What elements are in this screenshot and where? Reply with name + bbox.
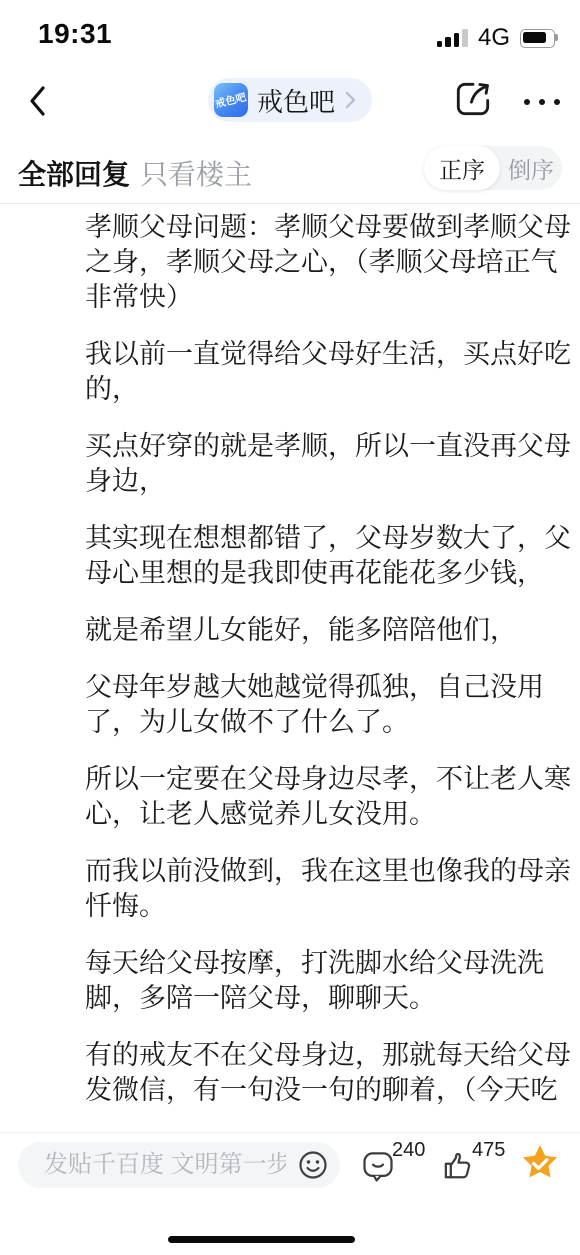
sort-ascending-button[interactable]: 正序 [424, 146, 500, 190]
comment-bubble-icon [360, 1148, 396, 1184]
status-bar: 19:31 4G [0, 0, 580, 58]
home-indicator[interactable] [168, 1236, 355, 1243]
share-button[interactable] [452, 78, 494, 125]
reply-toolbar: 全部回复 只看楼主 正序 倒序 [0, 138, 580, 203]
post-paragraph: 我以前一直觉得给父母好生活，买点好吃的， [85, 337, 571, 407]
post-paragraph: 而我以前没做到，我在这里也像我的母亲忏悔。 [85, 854, 571, 924]
back-chevron-icon [26, 84, 50, 118]
network-type-label: 4G [478, 24, 510, 52]
post-body: 孝顺父母问题：孝顺父母要做到孝顺父母之身，孝顺父母之心，（孝顺父母培正气非常快）… [0, 204, 580, 1132]
like-count: 475 [472, 1139, 505, 1162]
thumbs-up-icon [440, 1148, 476, 1184]
post-paragraph: 所以一定要在父母身边尽孝，不让老人寒心，让老人感觉养儿女没用。 [85, 762, 571, 832]
post-paragraph: 孝顺父母问题：孝顺父母要做到孝顺父母之身，孝顺父母之心，（孝顺父母培正气非常快） [85, 210, 571, 315]
sort-segmented-control: 正序 倒序 [424, 146, 562, 190]
cellular-signal-icon [437, 29, 468, 47]
tieba-thread-page: 19:31 4G 戒色吧 戒色吧 [0, 0, 580, 1255]
tab-all-replies[interactable]: 全部回复 [18, 153, 130, 193]
tab-op-only[interactable]: 只看楼主 [140, 153, 252, 193]
post-paragraph: 每天给父母按摩，打洗脚水给父母洗洗脚，多陪一陪父母，聊聊天。 [85, 946, 571, 1016]
reply-input[interactable] [18, 1142, 340, 1188]
status-time: 19:31 [38, 18, 112, 50]
post-paragraph: 买点好穿的就是孝顺，所以一直没再父母身边， [85, 429, 571, 499]
reply-input-wrap [18, 1142, 340, 1188]
post-paragraph: 就是希望儿女能好，能多陪陪他们， [85, 613, 571, 648]
more-button[interactable] [524, 80, 560, 124]
emoji-smile-icon [298, 1150, 328, 1180]
post-paragraph: 有的戒友不在父母身边，那就每天给父母发微信，有一句没一句的聊着，（今天吃 [85, 1038, 571, 1108]
comments-button[interactable]: 240 [360, 1145, 422, 1191]
favorite-button[interactable] [520, 1143, 560, 1183]
forum-name: 戒色吧 [257, 82, 335, 119]
nav-actions [452, 78, 560, 125]
status-right-cluster: 4G [437, 24, 558, 52]
share-icon [452, 78, 494, 120]
battery-icon [520, 29, 558, 48]
forum-avatar: 戒色吧 [214, 83, 248, 117]
emoji-button[interactable] [298, 1150, 328, 1180]
comment-count: 240 [392, 1139, 425, 1162]
nav-bar: 戒色吧 戒色吧 [0, 62, 580, 138]
post-paragraph: 父母年岁越大她越觉得孤独，自己没用了，为儿女做不了什么了。 [85, 670, 571, 740]
like-button[interactable]: 475 [440, 1145, 502, 1191]
chevron-right-icon [344, 90, 356, 110]
star-favorited-icon [520, 1143, 560, 1183]
sort-descending-button[interactable]: 倒序 [500, 146, 562, 190]
back-button[interactable] [26, 84, 50, 118]
post-paragraph: 其实现在想想都错了，父母岁数大了，父母心里想的是我即使再花能花多少钱， [85, 521, 571, 591]
more-icon [524, 99, 530, 105]
forum-badge[interactable]: 戒色吧 戒色吧 [208, 78, 372, 122]
